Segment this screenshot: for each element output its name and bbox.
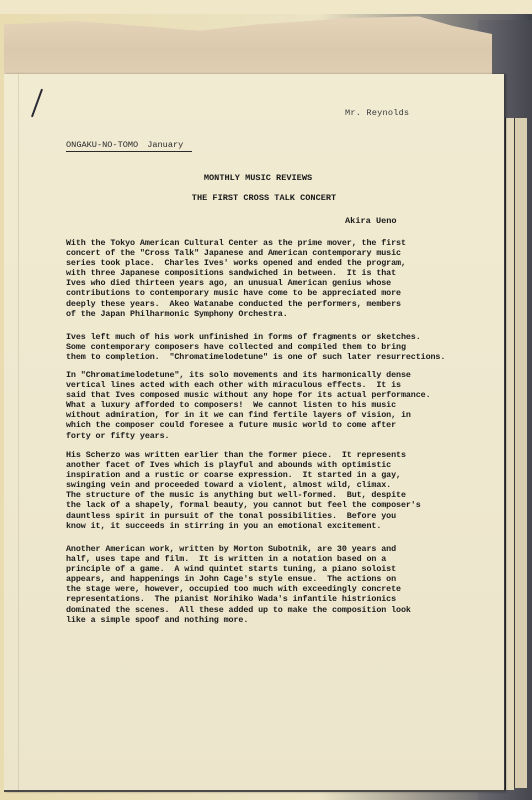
underlying-sheet-edge: [513, 118, 527, 788]
paragraph: Ives left much of his work unfinished in…: [66, 332, 466, 362]
table-surface: [0, 0, 532, 14]
author-byline: Akira Ueno: [345, 216, 397, 226]
paragraph: With the Tokyo American Cultural Center …: [66, 238, 466, 319]
article-title: THE FIRST CROSS TALK CONCERT: [0, 193, 530, 203]
paragraph: In "Chromatimelodetune", its solo moveme…: [66, 370, 466, 441]
paragraph: His Scherzo was written earlier than the…: [66, 450, 466, 531]
publication-name: ONGAKU-NO-TOMO: [66, 140, 138, 150]
publication-month: January: [147, 140, 183, 150]
addressee-note: Mr. Reynolds: [345, 108, 409, 118]
section-title: MONTHLY MUSIC REVIEWS: [0, 173, 524, 183]
underlying-sheet-edge: [505, 118, 514, 790]
paragraph: Another American work, written by Morton…: [66, 544, 466, 625]
publication-line: ONGAKU-NO-TOMOJanuary: [66, 140, 192, 152]
